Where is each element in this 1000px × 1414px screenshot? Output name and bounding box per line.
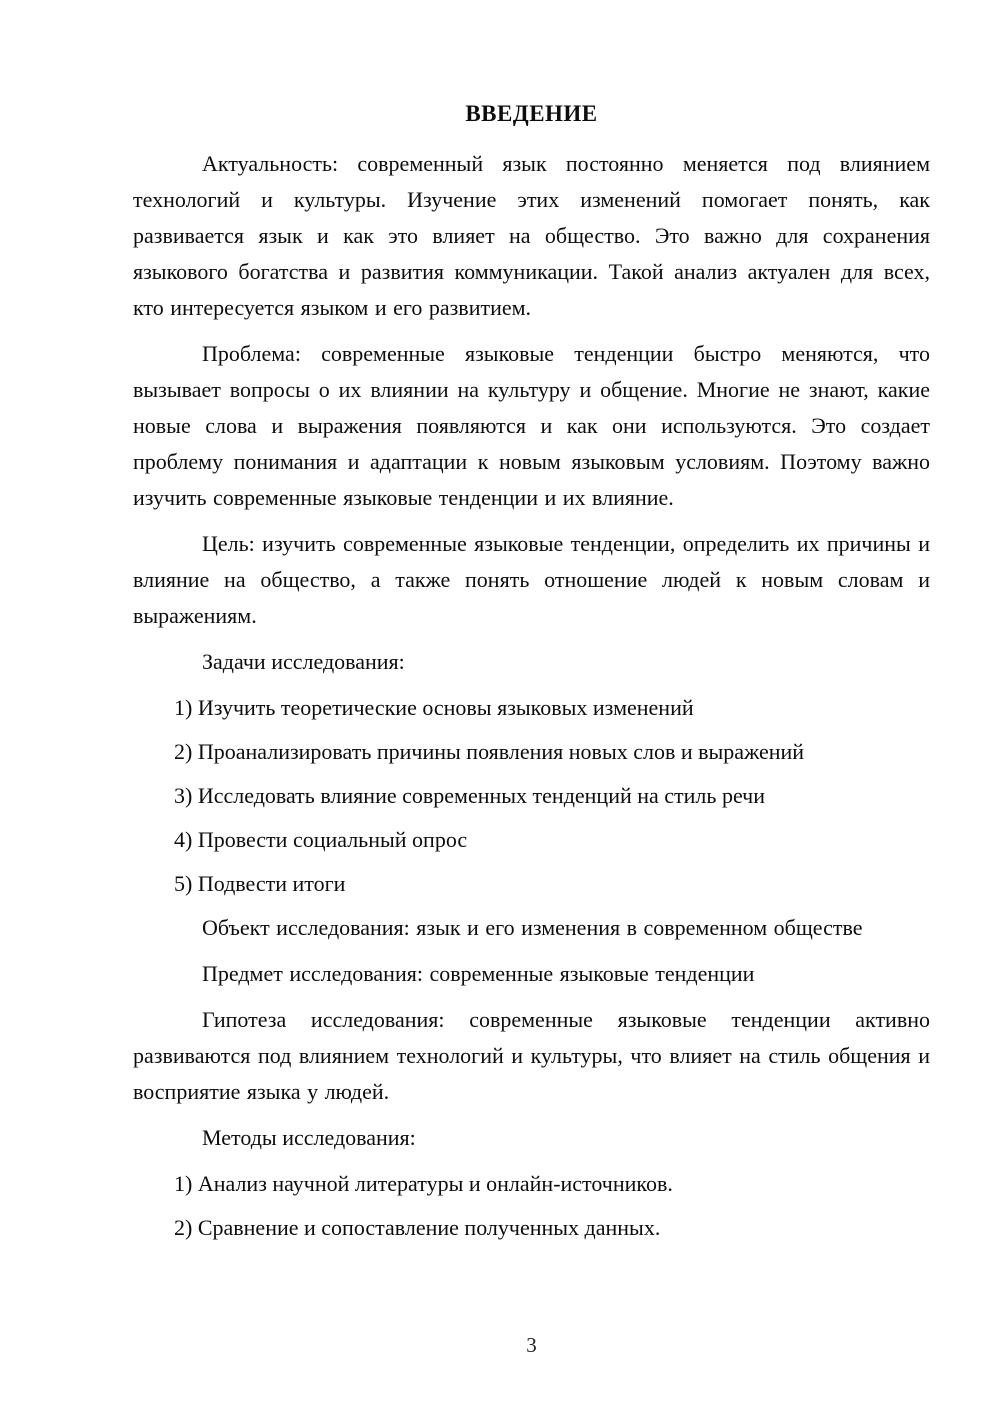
paragraph-actuality: Актуальность: современный язык постоянно… xyxy=(133,146,930,326)
method-item-2: 2) Сравнение и сопоставление полученных … xyxy=(133,1210,930,1246)
task-item-5: 5) Подвести итоги xyxy=(133,866,930,902)
task-item-3: 3) Исследовать влияние современных тенде… xyxy=(133,778,930,814)
document-content: ВВЕДЕНИЕ Актуальность: современный язык … xyxy=(133,96,930,1254)
task-item-1: 1) Изучить теоретические основы языковых… xyxy=(133,690,930,726)
paragraph-problem: Проблема: современные языковые тенденции… xyxy=(133,336,930,516)
paragraph-goal: Цель: изучить современные языковые тенде… xyxy=(133,526,930,634)
tasks-heading: Задачи исследования: xyxy=(133,644,930,680)
paragraph-hypothesis: Гипотеза исследования: современные языко… xyxy=(133,1002,930,1110)
document-page: ВВЕДЕНИЕ Актуальность: современный язык … xyxy=(0,0,1000,1414)
task-item-2: 2) Проанализировать причины появления но… xyxy=(133,734,930,770)
paragraph-object: Объект исследования: язык и его изменени… xyxy=(133,910,930,946)
paragraph-subject: Предмет исследования: современные языков… xyxy=(133,956,930,992)
methods-heading: Методы исследования: xyxy=(133,1120,930,1156)
method-item-1: 1) Анализ научной литературы и онлайн-ис… xyxy=(133,1166,930,1202)
task-item-4: 4) Провести социальный опрос xyxy=(133,822,930,858)
page-title: ВВЕДЕНИЕ xyxy=(133,96,930,132)
page-number: 3 xyxy=(133,1330,930,1360)
